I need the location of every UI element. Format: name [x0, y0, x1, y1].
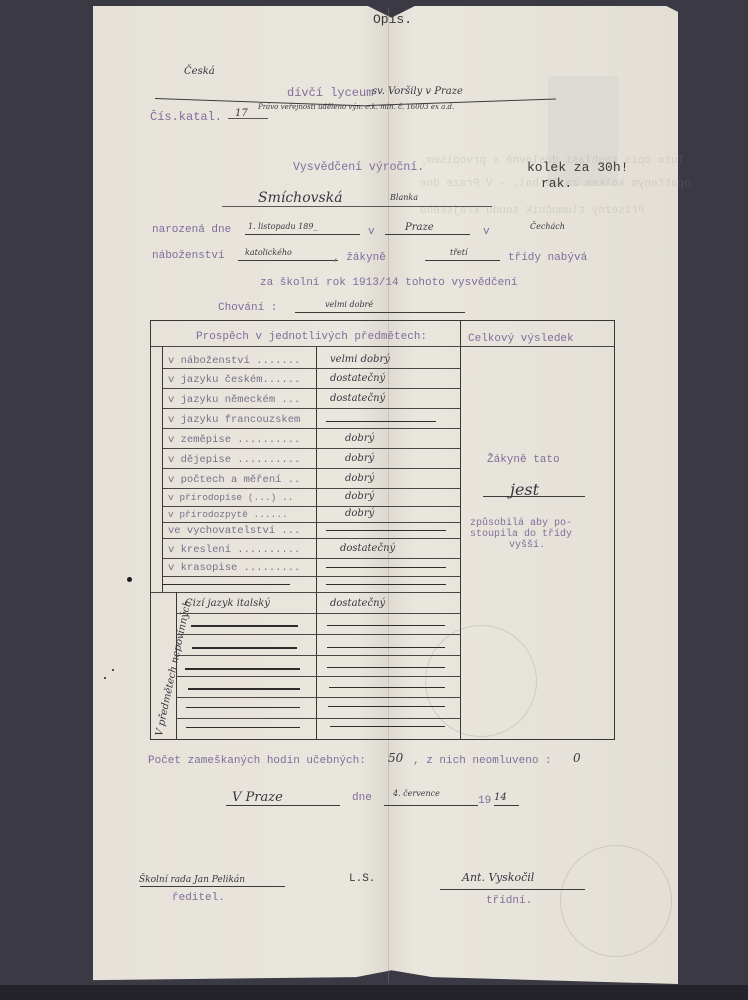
year-prefix: 19: [478, 795, 491, 807]
born-place: Praze: [405, 222, 434, 233]
optional-blank: [186, 727, 300, 728]
subject-physics: v přírodozpytě ......: [168, 509, 288, 520]
faint-seal: [425, 625, 537, 737]
grade-level: třetí: [450, 248, 468, 257]
row-rule: [162, 576, 460, 577]
blank-calligraphy: [326, 567, 446, 568]
ink-spot: [112, 669, 114, 671]
optional-blank: [327, 625, 445, 626]
grade-math: dobrý: [345, 473, 374, 484]
catalog-label: Čís.katal.: [150, 110, 222, 124]
director-signature-line: [140, 886, 285, 887]
school-prefix: Česká: [184, 66, 215, 77]
behavior-line: [295, 312, 465, 313]
unexcused-label: , z nich neomluveno :: [413, 755, 552, 767]
student-surname: Smíchovská: [258, 190, 343, 206]
ink-spot: [127, 577, 132, 582]
row-rule: [162, 488, 460, 489]
date-day-label: dne: [352, 792, 372, 804]
place: V Praze: [232, 790, 283, 805]
table-divider-grades: [316, 346, 317, 739]
optional-blank: [191, 625, 298, 627]
row-rule: [162, 522, 460, 523]
grade-german: dostatečný: [330, 393, 385, 404]
row-rule: [162, 468, 460, 469]
row-rule: [162, 506, 460, 507]
teacher-signature-line: [440, 889, 585, 890]
student-given-name: Blanka: [390, 193, 418, 202]
pupil-label: , žákyně: [333, 252, 386, 264]
document-title: Opis.: [373, 12, 412, 27]
religion-line: [238, 260, 338, 261]
blank-french: [326, 421, 436, 422]
optional-blank: [327, 647, 445, 648]
optional-row-rule: [176, 697, 460, 698]
subject-geography: v zeměpise ..........: [168, 434, 300, 446]
behavior-value: velmi dobré: [325, 300, 373, 309]
subject-math: v počtech a měření ..: [168, 474, 300, 486]
country: Čechách: [530, 222, 565, 231]
born-date-line: [245, 234, 360, 235]
optional-blank: [330, 726, 445, 727]
in-label-2: v: [483, 226, 490, 238]
subject-drawing: v kreslení ..........: [168, 544, 300, 556]
row-rule: [151, 592, 460, 593]
director-signature: Školní rada Jan Pelikán: [139, 875, 245, 885]
result-line3: stoupila do třídy: [470, 529, 572, 540]
name-line: [222, 206, 492, 207]
optional-blank: [185, 668, 300, 670]
optional-row-rule: [176, 676, 460, 677]
subject-history: v dějepise ..........: [168, 454, 300, 466]
stamp-note-line1: kolek za 30h!: [527, 160, 628, 175]
ink-spot: [104, 677, 106, 679]
subject-left-margin: [162, 346, 163, 592]
grade-geography: dobrý: [345, 433, 374, 444]
date-value: 4. července: [393, 789, 440, 798]
absences-value: 50: [388, 751, 403, 765]
school-type: dívčí lyceum: [287, 86, 373, 100]
grade-czech: dostatečný: [330, 373, 385, 384]
grade-drawing: dostatečný: [340, 543, 395, 554]
blank-pedagogy: [326, 530, 446, 531]
blank-extra-subject: [162, 584, 290, 585]
subject-calligraphy: v krasopise .........: [168, 562, 300, 574]
result-line4: vyšší.: [509, 540, 545, 551]
table-header-rule: [151, 346, 614, 347]
seal-label: L.S.: [349, 873, 375, 885]
optional-blank: [192, 647, 297, 649]
subject-czech: v jazyku českém......: [168, 374, 300, 386]
school-suffix: sv. Voršily v Praze: [372, 86, 463, 97]
school-year-text: za školní rok 1913/14 tohoto vysvědčení: [260, 277, 517, 289]
in-label-1: v: [368, 226, 375, 238]
class-suffix: třídy nabývá: [508, 252, 587, 264]
grade-natural-history: dobrý: [345, 491, 374, 502]
director-title: ředitel.: [172, 892, 225, 904]
optional-row-rule: [176, 655, 460, 656]
row-rule: [162, 538, 460, 539]
behavior-label: Chování :: [218, 302, 277, 314]
header-result: Celkový výsledek: [468, 333, 574, 345]
subject-religion: v náboženství .......: [168, 355, 300, 367]
stamp-note-line2: rak.: [541, 176, 572, 191]
optional-row-rule: [176, 613, 460, 614]
grade-level-line: [425, 260, 500, 261]
grade-religion: velmi dobrý: [330, 354, 390, 365]
result-line1: Žákyně tato: [487, 454, 560, 466]
optional-blank: [186, 707, 300, 708]
blank-extra-grade: [326, 584, 446, 585]
optional-row-rule: [176, 634, 460, 635]
desk-surface: [0, 985, 748, 1000]
grade-physics: dobrý: [345, 508, 374, 519]
header-subjects: Prospěch v jednotlivých předmětech:: [196, 331, 427, 343]
subject-french: v jazyku francouzskem: [168, 414, 300, 426]
certificate-title: Vysvědčení výroční.: [293, 161, 424, 174]
catalog-line: [228, 118, 268, 119]
row-rule: [162, 448, 460, 449]
subject-german: v jazyku německém ...: [168, 394, 300, 406]
year-line: [494, 805, 519, 806]
row-rule: [162, 558, 460, 559]
teacher-signature: Ant. Vyskočil: [462, 871, 534, 884]
subject-pedagogy: ve vychovatelství ...: [168, 525, 300, 537]
religion-label: náboženství: [152, 250, 225, 262]
row-rule: [162, 428, 460, 429]
optional-subject-italian: Cizí jazyk italský: [185, 598, 270, 609]
faint-seal: [560, 845, 672, 957]
optional-blank: [188, 688, 300, 690]
teacher-title: třídní.: [486, 895, 532, 907]
religion-value: katolického: [245, 248, 292, 257]
grade-history: dobrý: [345, 453, 374, 464]
row-rule: [162, 368, 460, 369]
born-place-line: [385, 234, 470, 235]
school-sub-note: Právo veřejnosti uděleno výn. c.k. min. …: [258, 103, 454, 111]
verdict-line: [483, 496, 585, 497]
born-date: 1. listopadu 189_: [248, 222, 317, 231]
optional-row-rule: [176, 718, 460, 719]
subject-natural-history: v přírodopise (...) ..: [168, 492, 293, 503]
optional-blank: [328, 706, 445, 707]
born-label: narozená dne: [152, 224, 231, 236]
result-line2: způsobilá aby po-: [470, 518, 572, 529]
date-line: [384, 805, 478, 806]
row-rule: [162, 408, 460, 409]
year-suffix: 14: [494, 792, 507, 803]
optional-grade-italian: dostatečný: [330, 598, 385, 609]
place-line: [226, 805, 340, 806]
absences-label: Počet zameškaných hodin učebných:: [148, 755, 366, 767]
row-rule: [162, 388, 460, 389]
unexcused-value: 0: [573, 751, 581, 765]
